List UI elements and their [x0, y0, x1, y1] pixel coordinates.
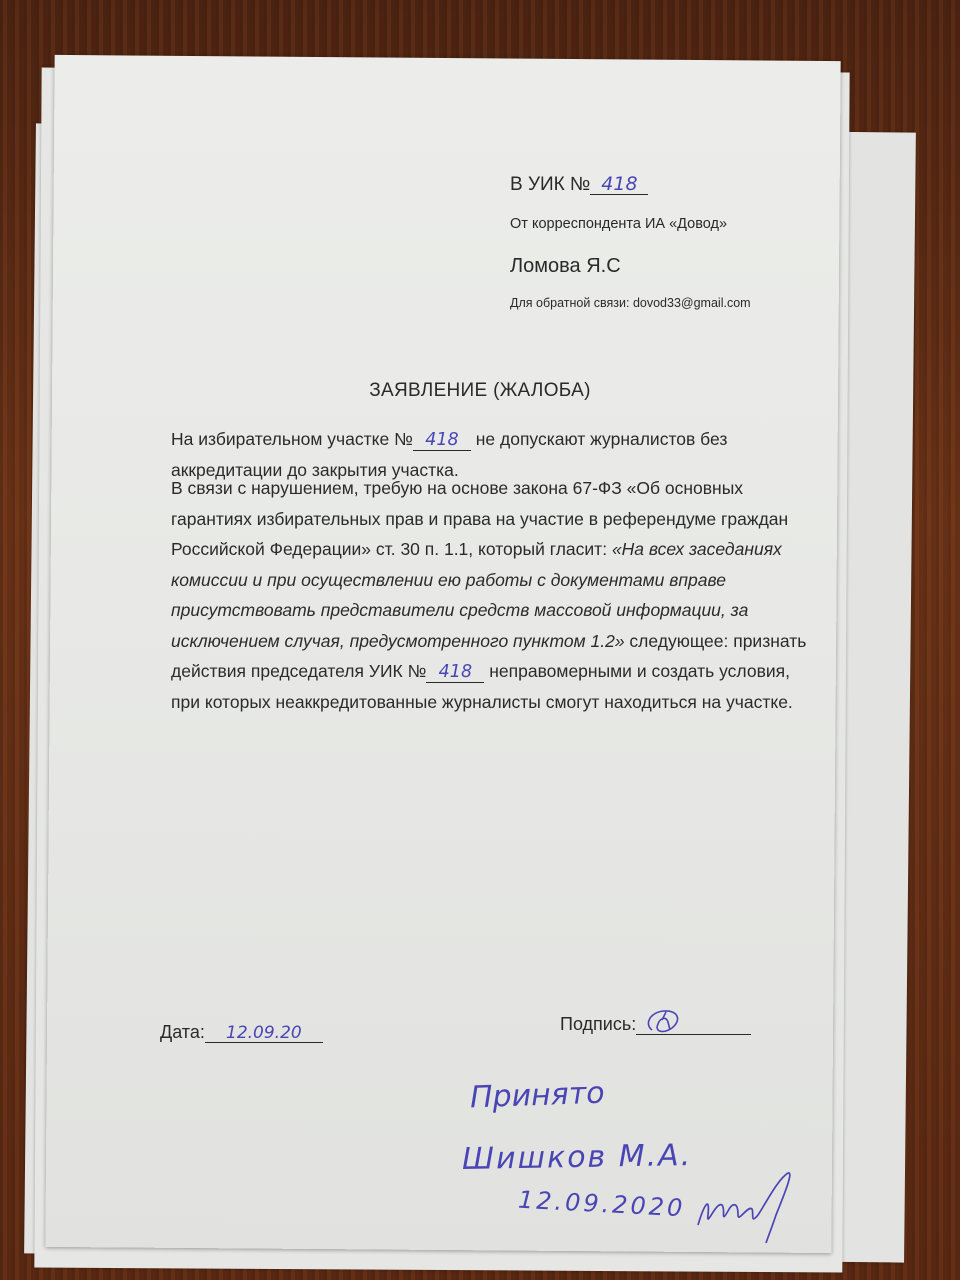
date-field: Дата:12.09.20 [160, 1022, 323, 1043]
date-label: Дата: [160, 1022, 205, 1042]
document-title: ЗАЯВЛЕНИЕ (ЖАЛОБА) [0, 380, 960, 402]
sender-line: От корреспондента ИА «Довод» [510, 216, 727, 232]
paragraph-text: На избирательном участке № [171, 429, 413, 449]
addressee-line: В УИК №418 [510, 174, 648, 196]
precinct-number-handwritten: 418 [413, 432, 471, 451]
paragraph-demand: В связи с нарушением, требую на основе з… [171, 473, 811, 717]
sender-name: Ломова Я.С [510, 255, 621, 278]
complaint-document: В УИК №418 От корреспондента ИА «Довод» … [0, 0, 960, 1280]
sender-contact: Для обратной связи: dovod33@gmail.com [510, 296, 751, 310]
acceptance-date-handwritten: 12.09.2020 [517, 1186, 686, 1223]
signature-field: Подпись: [560, 1012, 751, 1035]
date-value-handwritten: 12.09.20 [205, 1025, 323, 1043]
official-signature-icon [692, 1165, 802, 1245]
signature-label: Подпись: [560, 1014, 636, 1034]
addressee-number-handwritten: 418 [590, 175, 648, 195]
signature-underline [636, 1012, 751, 1035]
applicant-signature-icon [638, 1006, 698, 1036]
commission-number-handwritten: 418 [426, 664, 484, 683]
accepted-stamp-handwritten: Принято [469, 1076, 605, 1116]
accepted-by-handwritten: Шишков М.А. [462, 1138, 693, 1177]
addressee-label: В УИК № [510, 174, 590, 195]
